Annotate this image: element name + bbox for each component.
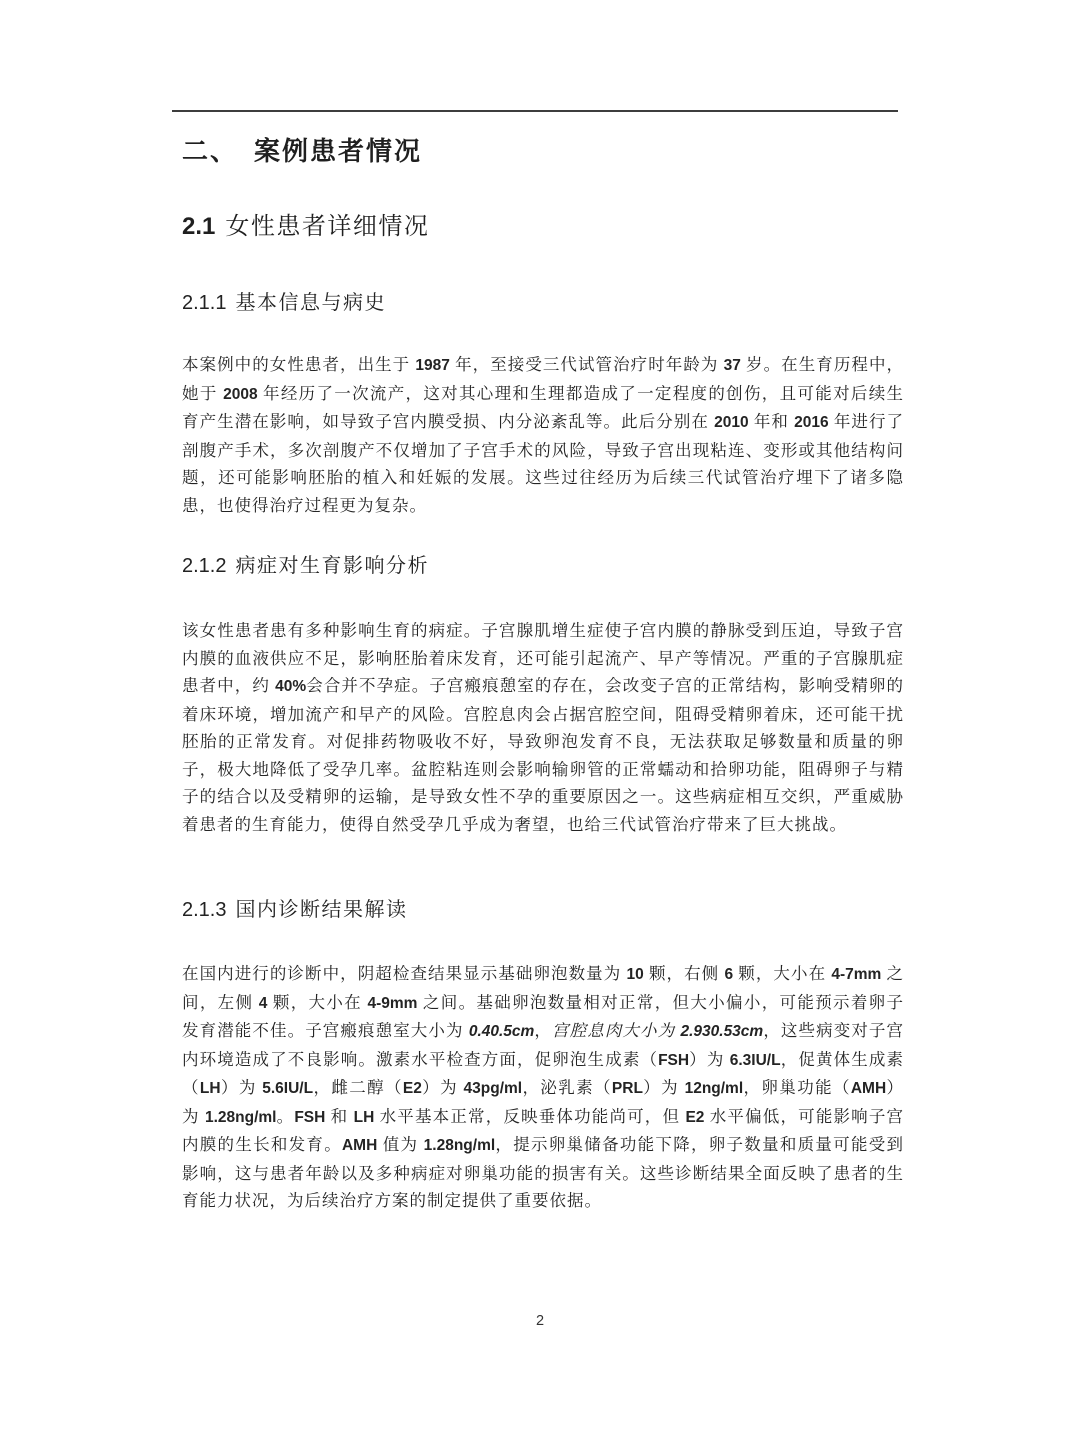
text-segment: 本案例中的女性患者，出生于 1987 年，至接受三代试管治疗时年龄为 37 岁。…: [182, 355, 904, 515]
subsection-heading-condition-impact: 2.1.2病症对生育影响分析: [182, 549, 429, 578]
text-segment: 宫腔息肉大小为 2.930.53cm: [552, 1021, 763, 1040]
chapter-number: 二、: [182, 137, 238, 166]
page-number: 2: [0, 1313, 1080, 1329]
chapter-heading: 二、案例患者情况: [182, 131, 422, 168]
section-heading: 2.1女性患者详细情况: [182, 206, 429, 241]
chapter-title: 案例患者情况: [254, 137, 422, 166]
subsection-number: 2.1.3: [182, 899, 226, 921]
section-title: 女性患者详细情况: [225, 214, 429, 240]
subsection-title: 基本信息与病史: [235, 292, 386, 314]
paragraph-basic-info: 本案例中的女性患者，出生于 1987 年，至接受三代试管治疗时年龄为 37 岁。…: [182, 351, 904, 519]
text-segment: ，: [534, 1021, 552, 1040]
paragraph-condition-impact: 该女性患者患有多种影响生育的病症。子宫腺肌增生症使子宫内膜的静脉受到压迫，导致子…: [182, 617, 904, 838]
header-rule: [172, 110, 898, 112]
subsection-title: 病症对生育影响分析: [235, 555, 429, 577]
subsection-number: 2.1.1: [182, 292, 226, 314]
document-page: 二、案例患者情况 2.1女性患者详细情况 2.1.1基本信息与病史 本案例中的女…: [0, 0, 1080, 1439]
text-segment: 0.40.5cm: [469, 1021, 535, 1040]
subsection-heading-basic-info: 2.1.1基本信息与病史: [182, 286, 386, 315]
section-number: 2.1: [182, 213, 215, 240]
subsection-title: 国内诊断结果解读: [235, 899, 407, 921]
subsection-heading-domestic-diagnosis: 2.1.3国内诊断结果解读: [182, 893, 407, 922]
subsection-number: 2.1.2: [182, 555, 226, 577]
paragraph-domestic-diagnosis: 在国内进行的诊断中，阴超检查结果显示基础卵泡数量为 10 颗，右侧 6 颗，大小…: [182, 960, 904, 1215]
text-segment: 该女性患者患有多种影响生育的病症。子宫腺肌增生症使子宫内膜的静脉受到压迫，导致子…: [182, 621, 904, 834]
text-segment: ，这些病变对子宫内环境造成了不良影响。激素水平检查方面，促卵泡生成素（FSH）为…: [182, 1021, 904, 1210]
